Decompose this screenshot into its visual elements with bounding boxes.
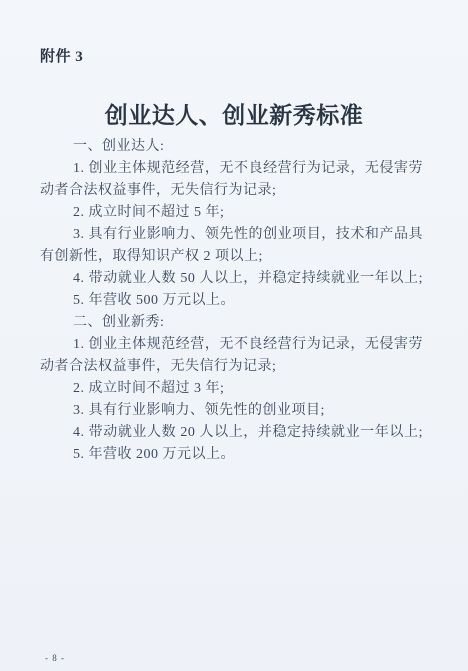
body-line: 5. 年营收 500 万元以上。 bbox=[40, 290, 423, 312]
document-body: 一、创业达人:1. 创业主体规范经营，无不良经营行为记录，无侵害劳动者合法权益事… bbox=[40, 136, 423, 466]
body-line: 有创新性，取得知识产权 2 项以上; bbox=[40, 246, 423, 268]
body-line: 1. 创业主体规范经营，无不良经营行为记录，无侵害劳 bbox=[40, 334, 423, 356]
body-line: 3. 具有行业影响力、领先性的创业项目; bbox=[40, 400, 423, 422]
body-line: 动者合法权益事件，无失信行为记录; bbox=[40, 356, 423, 378]
attachment-label: 附件 3 bbox=[40, 45, 83, 66]
body-line: 2. 成立时间不超过 5 年; bbox=[40, 202, 423, 224]
body-line: 2. 成立时间不超过 3 年; bbox=[40, 378, 423, 400]
document-page: 附件 3 创业达人、创业新秀标准 一、创业达人:1. 创业主体规范经营，无不良经… bbox=[0, 0, 468, 671]
body-line: 4. 带动就业人数 20 人以上，并稳定持续就业一年以上; bbox=[40, 422, 423, 444]
body-line: 1. 创业主体规范经营，无不良经营行为记录，无侵害劳 bbox=[40, 158, 423, 180]
body-line: 二、创业新秀: bbox=[40, 312, 423, 334]
body-line: 4. 带动就业人数 50 人以上，并稳定持续就业一年以上; bbox=[40, 268, 423, 290]
document-title: 创业达人、创业新秀标准 bbox=[0, 97, 468, 130]
body-line: 3. 具有行业影响力、领先性的创业项目，技术和产品具 bbox=[40, 224, 423, 246]
body-line: 一、创业达人: bbox=[40, 136, 423, 158]
page-number: - 8 - bbox=[45, 653, 65, 663]
body-line: 5. 年营收 200 万元以上。 bbox=[40, 444, 423, 466]
body-line: 动者合法权益事件，无失信行为记录; bbox=[40, 180, 423, 202]
